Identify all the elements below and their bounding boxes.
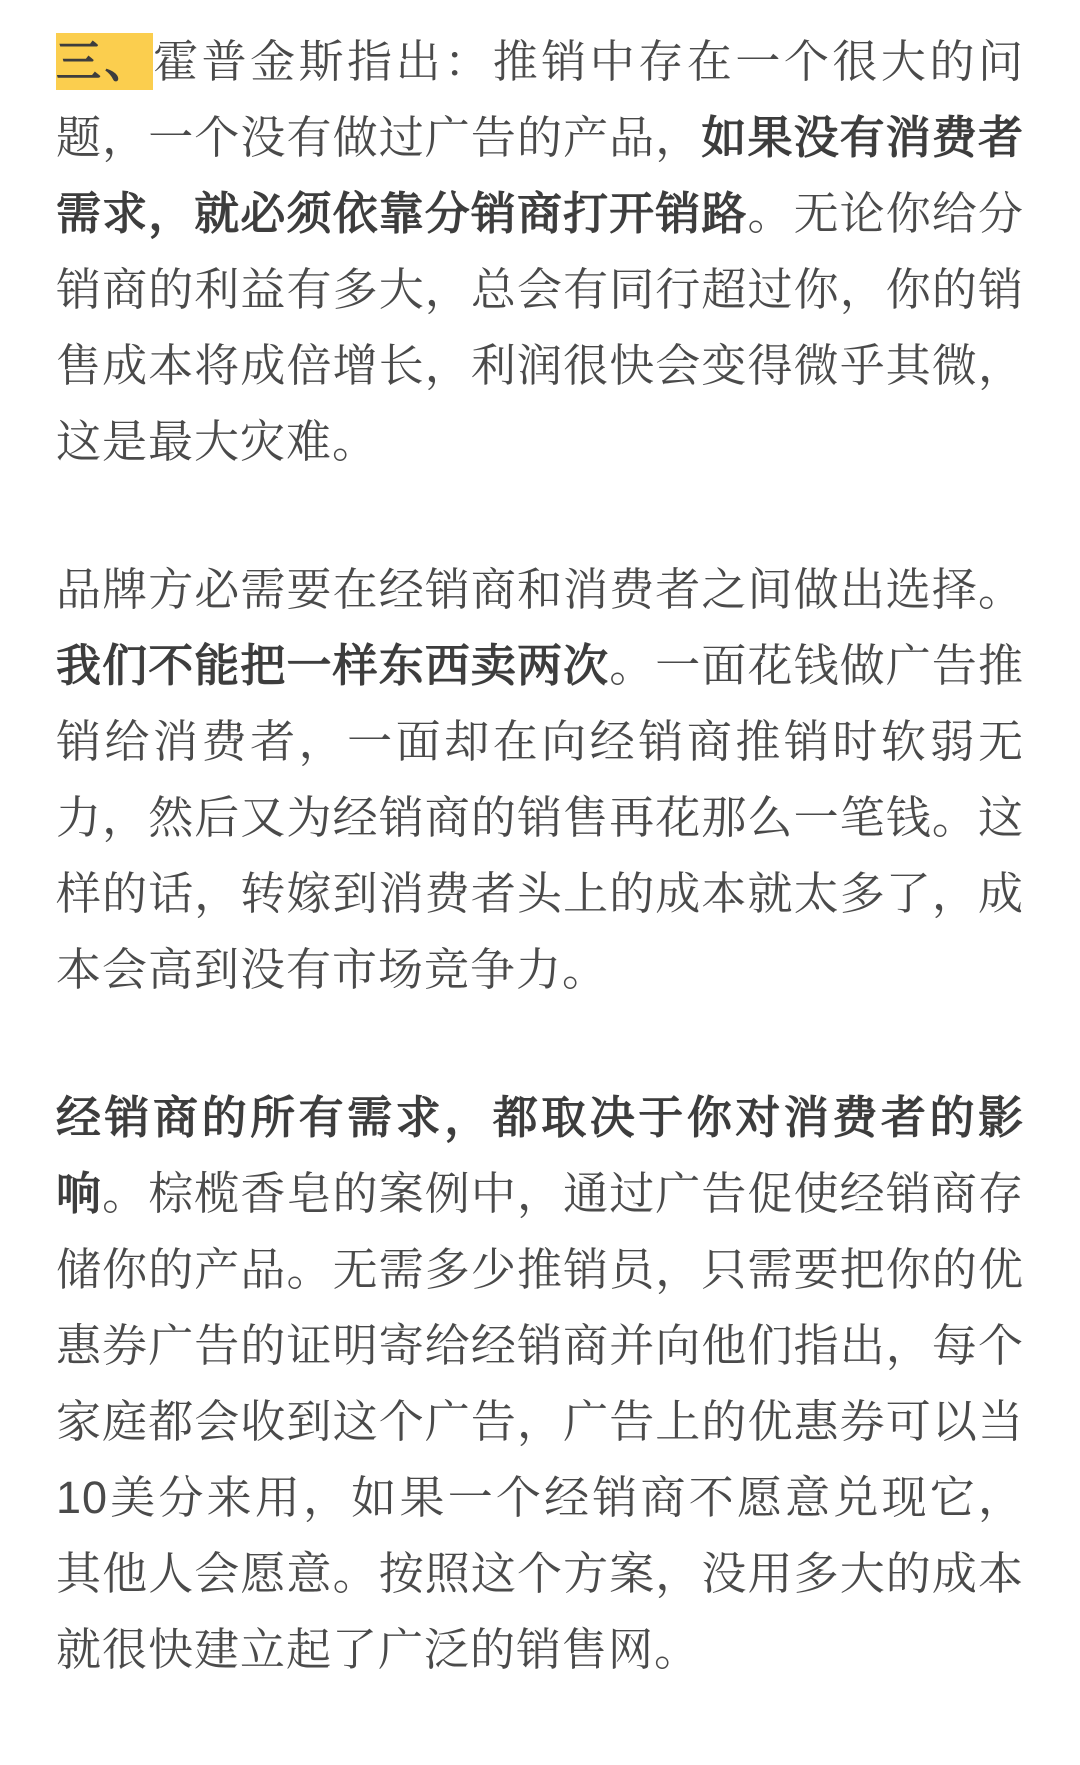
highlighted-text: 三、 xyxy=(56,33,153,90)
text-segment: 品牌方必需要在经销商和消费者之间做出选择。 xyxy=(56,564,1024,615)
text-segment: 。棕榄香皂的案例中，通过广告促使经销商存储你的产品。无需多少推销员，只需要把你的… xyxy=(56,1168,1024,1675)
paragraph: 经销商的所有需求，都取决于你对消费者的影响。棕榄香皂的案例中，通过广告促使经销商… xyxy=(56,1080,1024,1688)
emphasis-text: 我们不能把一样东西卖两次 xyxy=(56,640,609,691)
text-segment: 。一面花钱做广告推销给消费者，一面却在向经销商推销时软弱无力，然后又为经销商的销… xyxy=(56,640,1024,995)
article-body: 三、霍普金斯指出：推销中存在一个很大的问题，一个没有做过广告的产品，如果没有消费… xyxy=(0,0,1080,1688)
paragraph: 三、霍普金斯指出：推销中存在一个很大的问题，一个没有做过广告的产品，如果没有消费… xyxy=(56,24,1024,480)
paragraph: 品牌方必需要在经销商和消费者之间做出选择。我们不能把一样东西卖两次。一面花钱做广… xyxy=(56,552,1024,1008)
